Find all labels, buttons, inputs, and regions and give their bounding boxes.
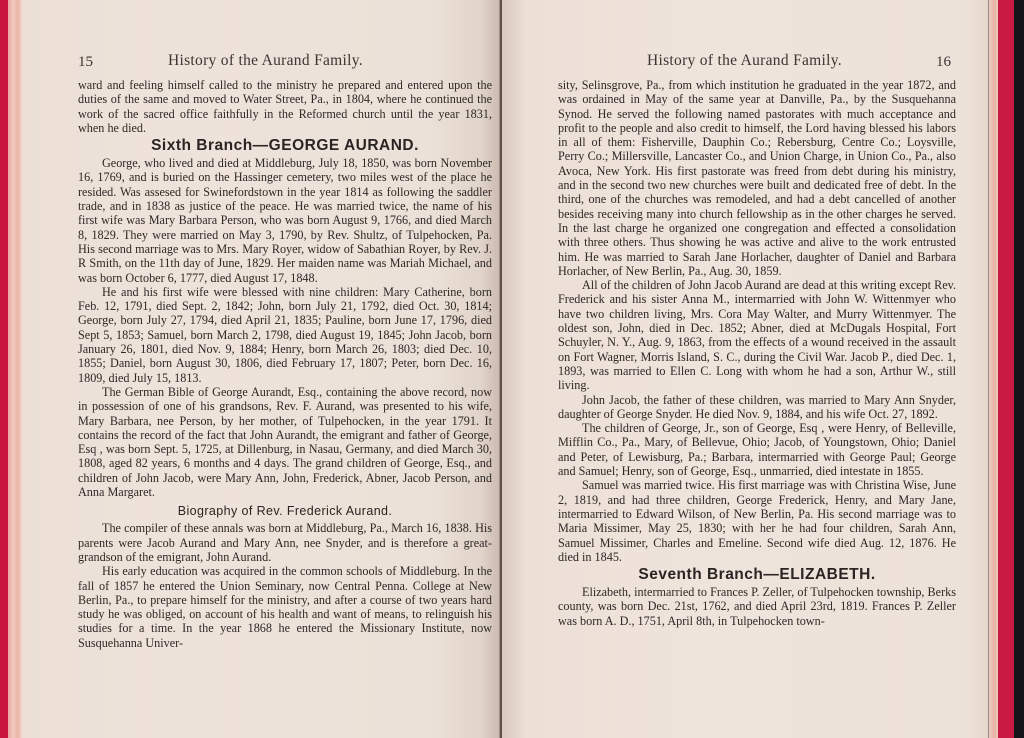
left-page-text: ward and feeling himself called to the m…: [78, 78, 492, 650]
right-page: History of the Aurand Family. 16 sity, S…: [502, 0, 988, 738]
seventh-branch-heading: Seventh Branch—ELIZABETH.: [558, 566, 956, 584]
sixth-branch-heading: Sixth Branch—GEORGE AURAND.: [78, 137, 492, 155]
paragraph-children-of-john-jacob: All of the children of John Jacob Aurand…: [558, 278, 956, 392]
left-page: 15 History of the Aurand Family. ward an…: [22, 0, 500, 738]
running-head-left: History of the Aurand Family.: [168, 52, 363, 70]
background-edge: [1014, 0, 1024, 738]
page-number-left: 15: [78, 54, 93, 71]
running-head-right: History of the Aurand Family.: [647, 52, 842, 70]
paragraph-education: His early education was acquired in the …: [78, 564, 492, 650]
paragraph-nine-children: He and his first wife were blessed with …: [78, 285, 492, 385]
page-edges-right: [988, 0, 998, 738]
book-cover-right: [998, 0, 1014, 738]
continuation-paragraph: sity, Selinsgrove, Pa., from which insti…: [558, 78, 956, 278]
page-edges-left: [8, 0, 22, 738]
biography-heading: Biography of Rev. Frederick Aurand.: [78, 504, 492, 519]
page-number-right: 16: [936, 54, 951, 71]
continuation-paragraph: ward and feeling himself called to the m…: [78, 78, 492, 135]
paragraph-elizabeth: Elizabeth, intermarried to Frances P. Ze…: [558, 585, 956, 628]
paragraph-compiler-birth: The compiler of these annals was born at…: [78, 521, 492, 564]
paragraph-samuel: Samuel was married twice. His first marr…: [558, 478, 956, 564]
open-book: 15 History of the Aurand Family. ward an…: [0, 0, 1024, 738]
paragraph-german-bible: The German Bible of George Aurandt, Esq.…: [78, 385, 492, 499]
paragraph-john-jacob-marriage: John Jacob, the father of these children…: [558, 393, 956, 422]
book-cover-left: [0, 0, 8, 738]
paragraph-children-of-george-jr: The children of George, Jr., son of Geor…: [558, 421, 956, 478]
right-page-text: sity, Selinsgrove, Pa., from which insti…: [558, 78, 956, 628]
paragraph-george-life: George, who lived and died at Middleburg…: [78, 156, 492, 285]
